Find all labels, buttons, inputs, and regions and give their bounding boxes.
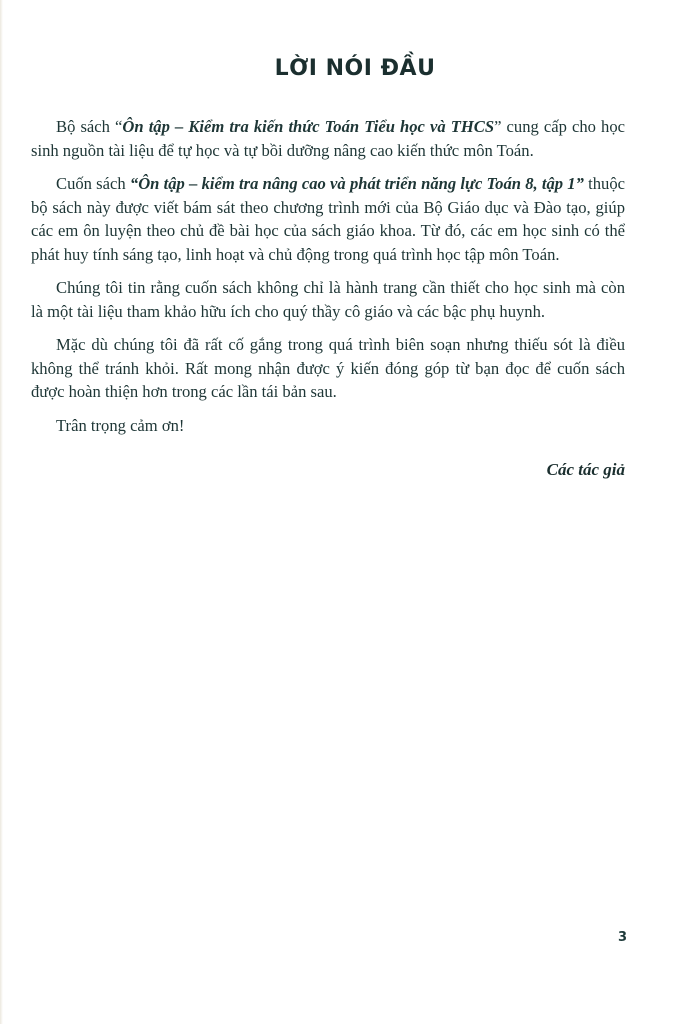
paragraph-3: Chúng tôi tin rằng cuốn sách không chỉ l… [31,276,625,323]
paragraph-text: Cuốn sách [56,174,130,193]
paragraph-text: Trân trọng cảm ơn! [56,416,184,435]
book-title: “Ôn tập – kiểm tra nâng cao và phát triể… [130,174,584,193]
signature: Các tác giả [547,460,625,480]
paragraph-text: Chúng tôi tin rằng cuốn sách không chỉ l… [31,278,625,321]
paragraph-text: Bộ sách “ [56,117,122,136]
page-title: LỜI NÓI ĐẦU [0,56,694,81]
paragraph-text: Mặc dù chúng tôi đã rất cố gắng trong qu… [31,335,625,401]
page-edge [0,0,3,1024]
page-number: 3 [618,930,627,945]
preface-body: Bộ sách “Ôn tập – Kiểm tra kiến thức Toá… [31,115,625,447]
paragraph-1: Bộ sách “Ôn tập – Kiểm tra kiến thức Toá… [31,115,625,162]
paragraph-4: Mặc dù chúng tôi đã rất cố gắng trong qu… [31,333,625,404]
paragraph-2: Cuốn sách “Ôn tập – kiểm tra nâng cao và… [31,172,625,266]
book-series-title: Ôn tập – Kiểm tra kiến thức Toán Tiểu họ… [122,117,494,136]
paragraph-closing: Trân trọng cảm ơn! [31,414,625,438]
